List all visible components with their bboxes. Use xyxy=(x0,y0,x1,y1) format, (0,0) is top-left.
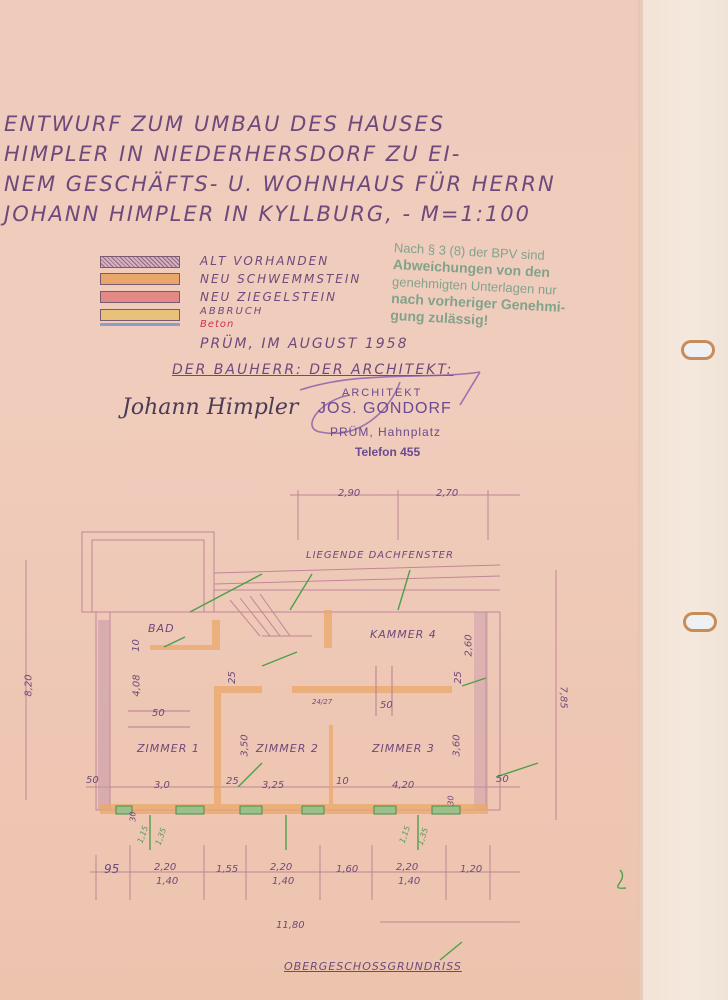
dim-left-height: 8,20 xyxy=(24,674,35,696)
dim-row-6: 4,20 xyxy=(392,780,414,791)
dim-row-7: 50 xyxy=(496,774,509,785)
dim-top-2: 2,70 xyxy=(436,488,458,499)
dim-z3-height: 3,60 xyxy=(452,734,463,756)
dim-row-4: 3,25 xyxy=(262,780,284,791)
dim-right-height: 7,85 xyxy=(558,686,569,708)
dim-bad-height: 4,08 xyxy=(132,674,143,696)
dim-row-3: 25 xyxy=(226,776,239,787)
dim-span-50a: 50 xyxy=(152,708,165,719)
skylights-label: LIEGENDE DACHFENSTER xyxy=(306,550,454,561)
floor-plan-drawing xyxy=(0,0,728,1000)
dim-wall-25b: 25 xyxy=(453,671,464,684)
room-zimmer-1: ZIMMER 1 xyxy=(137,742,200,755)
room-kammer-4: KAMMER 4 xyxy=(370,628,437,641)
dim-row-1: 50 xyxy=(86,775,99,786)
dim-bottom-7: 1,20 xyxy=(460,864,482,875)
dim-bottom-2-top: 2,20 xyxy=(154,862,176,873)
dim-bottom-4-bottom: 1,40 xyxy=(272,876,294,887)
room-bad: BAD xyxy=(148,622,175,635)
room-zimmer-3: ZIMMER 3 xyxy=(372,742,435,755)
dim-row-5: 10 xyxy=(336,776,349,787)
dim-span-50b: 50 xyxy=(380,700,393,711)
plan-caption: OBERGESCHOSSGRUNDRISS xyxy=(284,960,462,973)
dim-row-2: 3,0 xyxy=(154,780,170,791)
room-zimmer-2: ZIMMER 2 xyxy=(256,742,319,755)
dim-wall-25a: 25 xyxy=(227,671,238,684)
dim-chimney: 24/27 xyxy=(312,698,332,706)
dim-top-1: 2,90 xyxy=(338,488,360,499)
dim-bottom-2-bottom: 1,40 xyxy=(156,876,178,887)
dim-z2-height: 3,50 xyxy=(240,734,251,756)
dim-bottom-6-bottom: 1,40 xyxy=(398,876,420,887)
dim-bottom-5: 1,60 xyxy=(336,864,358,875)
dim-bottom-6-top: 2,20 xyxy=(396,862,418,873)
dim-bottom-3: 1,55 xyxy=(216,864,238,875)
dim-bottom-4-top: 2,20 xyxy=(270,862,292,873)
dim-kammer-height: 2,60 xyxy=(464,634,475,656)
dim-window-height-2: 30 xyxy=(447,795,456,805)
dim-window-height-1: 30 xyxy=(129,811,138,821)
dim-bottom-1: 95 xyxy=(104,862,119,876)
dim-bad-wall: 10 xyxy=(131,639,142,652)
dim-total-width: 11,80 xyxy=(276,920,305,931)
